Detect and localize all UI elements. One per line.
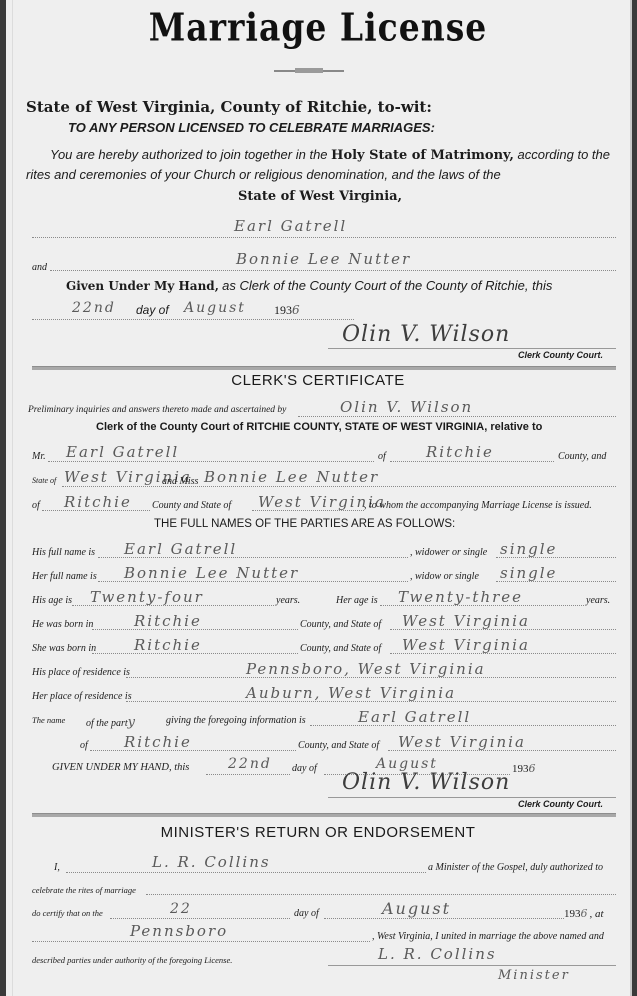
the-name-label: The name [32,715,65,725]
clerk-of-court-text: as Clerk of the County Court of the Coun… [222,278,552,293]
certify-label: do certify that on the [32,908,103,918]
clerks-certificate-heading: CLERK'S CERTIFICATE [6,372,630,389]
she-born-state-line [390,653,616,654]
celebrate-label: celebrate the rites of marriage [32,885,136,895]
her-status: single [500,564,557,582]
his-age-line [72,605,274,606]
license-year-suffix: 6 [292,303,302,317]
cert-signature-line [328,797,616,798]
bride-name-line [50,270,616,271]
authorization-line-2: rites and ceremonies of your Church or r… [26,167,501,182]
authorization-text-a: You are hereby authorized to join togeth… [50,147,328,162]
marriage-place-line [32,941,370,942]
his-status-line [496,557,616,558]
cert-clerk-title: Clerk County Court. [518,799,603,809]
given-under-hand-line: Given Under My Hand, as Clerk of the Cou… [66,278,552,294]
section-divider-1 [32,366,616,370]
license-header: State of West Virginia, County of Ritchi… [26,98,432,116]
miss-line [62,486,616,487]
marriage-place: Pennsboro [130,922,228,940]
preliminary-label: Preliminary inquiries and answers theret… [28,405,286,415]
miss-county: Ritchie [64,493,132,511]
celebrate-line [146,894,616,895]
license-signature-line [328,348,616,349]
her-name-line [98,581,408,582]
he-born-county: Ritchie [134,612,202,630]
he-born-label: He was born in [32,619,93,630]
cert-given-label: GIVEN UNDER MY HAND, this [52,762,189,773]
cert-clerk-signature: Olin V. Wilson [342,770,510,795]
informant-line [310,725,616,726]
marriage-license-page: Marriage License State of West Virginia,… [6,0,632,996]
of-the-part-label: of the party [86,715,137,730]
miss-county-line [42,510,150,511]
cert-day-of-label: day of [292,763,317,774]
mr-county: Ritchie [426,443,494,461]
minister-year-prefix: 193 [564,908,581,920]
his-residence: Pennsboro, West Virginia [246,660,486,678]
mr-label: Mr. [32,451,46,462]
widow-label: , widow or single [410,571,479,582]
minister-name: L. R. Collins [152,853,271,871]
he-born-state-line [390,629,616,630]
and-label: and [32,262,47,273]
informant-name: Earl Gatrell [358,708,471,726]
he-born-county-state-label: County, and State of [300,619,381,630]
of-the-part-text: of the part [86,718,128,729]
part-suffix: y [128,715,137,730]
county-and-label: County, and [558,451,606,462]
giving-info-label: giving the foregoing information is [166,715,306,726]
authorization-text-c: according to the [517,147,610,162]
his-name: Earl Gatrell [124,540,237,558]
his-age: Twenty-four [90,588,204,606]
his-status: single [500,540,557,558]
she-born-county: Ritchie [134,636,202,654]
license-date-line [32,319,354,320]
she-born-label: She was born in [32,643,96,654]
holy-state-of-matrimony: Holy State of Matrimony, [331,148,514,163]
cert-year-suffix: 6 [529,762,538,775]
informant-county-state-label: County, and State of [298,740,379,751]
minister-day: 22 [170,901,192,917]
license-month: August [184,300,246,316]
license-day-of-label: day of [136,303,169,317]
section-divider-2 [32,813,616,817]
bride-name: Bonnie Lee Nutter [236,250,411,268]
minister-year: 1936, at [564,907,604,920]
she-born-state: West Virginia [402,636,530,654]
her-residence-label: Her place of residence is [32,691,132,702]
her-status-line [496,581,616,582]
clerk-of-county-line: Clerk of the County Court of RITCHIE COU… [96,421,542,433]
her-residence-line [126,701,616,702]
mr-county-line [390,461,554,462]
license-clerk-title: Clerk County Court. [518,350,603,360]
her-name-label: Her full name is [32,571,97,582]
he-born-state: West Virginia [402,612,530,630]
his-residence-line [126,677,616,678]
license-day: 22nd [72,300,116,316]
given-under-hand: Given Under My Hand, [66,279,219,293]
minister-desc: a Minister of the Gospel, duly authorize… [428,862,603,873]
her-residence: Auburn, West Virginia [246,684,456,702]
cert-day-line [206,774,290,775]
she-born-county-state-label: County, and State of [300,643,381,654]
state-line: State of West Virginia, [238,189,402,204]
ministers-return-heading: MINISTER'S RETURN OR ENDORSEMENT [6,824,630,841]
groom-name: Earl Gatrell [234,217,347,235]
state-of-label: State of [32,476,56,485]
widower-label: , widower or single [410,547,487,558]
mr-line [48,461,374,462]
license-clerk-signature: Olin V. Wilson [342,322,510,347]
her-age-label: Her age is [336,595,378,606]
at-label: , at [590,908,604,920]
informant-state-line [388,750,616,751]
minister-signature: L. R. Collins [378,945,497,963]
title-divider-ornament [295,68,323,73]
his-name-label: His full name is [32,547,95,558]
her-years-label: years. [586,595,610,606]
minister-name-line [66,872,426,873]
informant-state: West Virginia [398,733,526,751]
cert-year-prefix: 193 [512,763,529,775]
authorization-line-1: You are hereby authorized to join togeth… [50,147,610,163]
she-born-county-line [92,653,298,654]
his-residence-label: His place of residence is [32,667,130,678]
license-year: 1936 [274,303,302,318]
minister-signature-line [328,965,616,966]
issued-label: , to whom the accompanying Marriage Lice… [364,500,592,511]
minister-day-line [110,918,290,919]
cert-day: 22nd [228,756,272,772]
miss-of-label: of [32,500,40,511]
preliminary-value: Olin V. Wilson [340,398,473,416]
cert-year: 1936 [512,762,538,775]
minister-month-line [324,918,564,919]
informant-county: Ritchie [124,733,192,751]
his-years-label: years. [276,595,300,606]
united-label: , West Virginia, I united in marriage th… [372,931,604,942]
document-title: Marriage License [6,5,630,50]
mr-value: Earl Gatrell [66,443,179,461]
county-state-label: County and State of [152,500,231,511]
her-age: Twenty-three [398,588,523,606]
his-name-line [98,557,408,558]
mr-of-label: of [378,451,386,462]
preliminary-line [298,416,616,417]
informant-of-label: of [80,740,88,751]
her-age-line [380,605,584,606]
addressee: TO ANY PERSON LICENSED TO CELEBRATE MARR… [68,120,435,135]
minister-day-of-label: day of [294,908,319,919]
minister-year-suffix: 6 [581,907,590,920]
described-label: described parties under authority of the… [32,955,232,965]
miss-value: Bonnie Lee Nutter [204,468,379,486]
he-born-county-line [92,629,298,630]
minister-title: Minister [498,968,570,983]
full-names-heading: THE FULL NAMES OF THE PARTIES ARE AS FOL… [154,518,455,530]
miss-state-line [252,510,364,511]
minister-month: August [382,899,451,918]
his-age-label: His age is [32,595,72,606]
i-label: I, [54,862,60,873]
her-name: Bonnie Lee Nutter [124,564,299,582]
groom-name-line [32,237,616,238]
license-year-prefix: 193 [274,303,292,317]
informant-county-line [90,750,296,751]
